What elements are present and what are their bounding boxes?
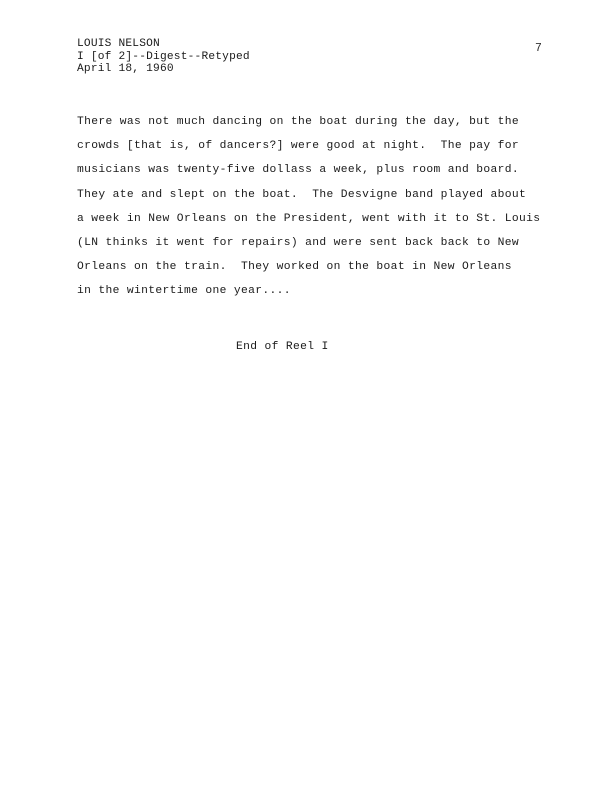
reel-info: I [of 2]--Digest--Retyped <box>77 51 250 64</box>
document-page: LOUIS NELSON I [of 2]--Digest--Retyped A… <box>0 0 612 792</box>
interview-date: April 18, 1960 <box>77 63 250 76</box>
text-line: Orleans on the train. They worked on the… <box>77 255 540 279</box>
text-line: There was not much dancing on the boat d… <box>77 110 540 134</box>
text-line: a week in New Orleans on the President, … <box>77 207 540 231</box>
text-line: They ate and slept on the boat. The Desv… <box>77 183 540 207</box>
text-line: crowds [that is, of dancers?] were good … <box>77 134 540 158</box>
text-line: musicians was twenty-five dollass a week… <box>77 158 540 182</box>
document-header: LOUIS NELSON I [of 2]--Digest--Retyped A… <box>77 38 250 76</box>
end-of-reel-note: End of Reel I <box>236 341 329 353</box>
text-line: (LN thinks it went for repairs) and were… <box>77 231 540 255</box>
page-number: 7 <box>535 42 542 55</box>
interviewee-name: LOUIS NELSON <box>77 38 250 51</box>
body-paragraph: There was not much dancing on the boat d… <box>77 110 540 304</box>
text-line: in the wintertime one year.... <box>77 279 540 303</box>
